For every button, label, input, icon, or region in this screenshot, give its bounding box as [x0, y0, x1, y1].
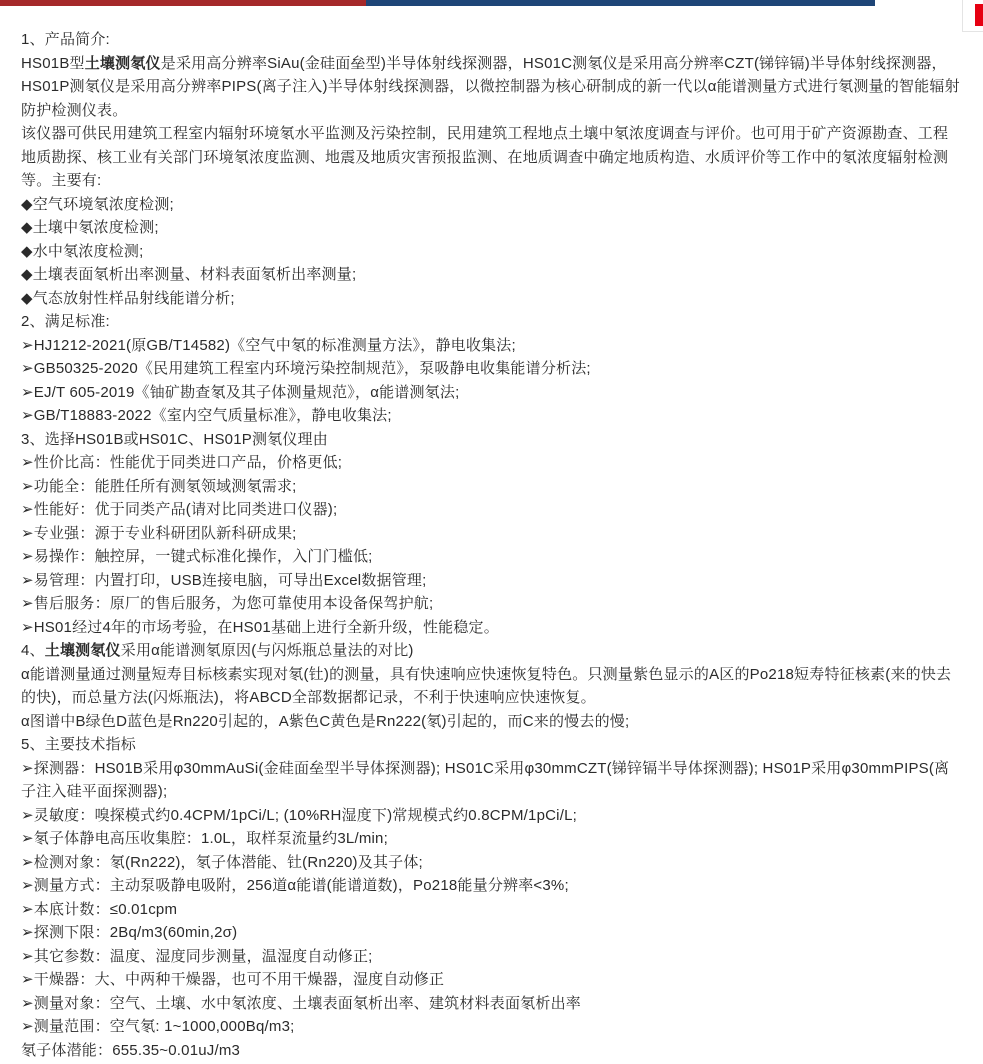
spec-item: ➢测量范围：空气氡: 1~1000,000Bq/m3;: [21, 1015, 962, 1039]
paragraph: α能谱测量通过测量短寿目标核素实现对氡(钍)的测量，具有快速响应快速恢复特色。只…: [21, 663, 962, 710]
text-run: ➢HJ1212-2021(原GB/T14582)《空气中氡的标准测量方法》，静电…: [21, 337, 516, 354]
text-run: ➢EJ/T 605-2019《铀矿勘查氡及其子体测量规范》，α能谱测氡法;: [21, 384, 459, 401]
text-run: ◆气态放射性样品射线能谱分析;: [21, 290, 235, 307]
text-run: 5、主要技术指标: [21, 736, 136, 753]
section-heading: 1、产品简介:: [21, 28, 962, 52]
spec-item: ➢性价比高：性能优于同类进口产品，价格更低;: [21, 451, 962, 475]
spec-item: ➢灵敏度：嗅探模式约0.4CPM/1pCi/L; (10%RH湿度下)常规模式约…: [21, 804, 962, 828]
paragraph: HS01B型土壤测氡仪是采用高分辨率SiAu(金硅面垒型)半导体射线探测器，HS…: [21, 52, 962, 123]
text-run: 采用α能谱测氡原因(与闪烁瓶总量法的对比): [121, 642, 414, 659]
text-run: ➢探测下限：2Bq/m3(60min,2σ): [21, 924, 237, 941]
text-run: 该仪器可供民用建筑工程室内辐射环境氡水平监测及污染控制，民用建筑工程地点土壤中氡…: [21, 125, 948, 189]
text-run: ◆土壤表面氡析出率测量、材料表面氡析出率测量;: [21, 266, 356, 283]
text-run: 土壤测氡仪: [45, 642, 121, 659]
spec-item: ➢GB50325-2020《民用建筑工程室内环境污染控制规范》，泵吸静电收集能谱…: [21, 357, 962, 381]
spec-item: ➢本底计数：≤0.01cpm: [21, 898, 962, 922]
spec-item: ➢测量方式：主动泵吸静电吸附，256道α能谱(能谱道数)，Po218能量分辨率<…: [21, 874, 962, 898]
text-run: ➢探测器：HS01B采用φ30mmAuSi(金硅面垒型半导体探测器); HS01…: [21, 760, 949, 801]
text-run: ➢灵敏度：嗅探模式约0.4CPM/1pCi/L; (10%RH湿度下)常规模式约…: [21, 807, 577, 824]
text-run: ◆空气环境氡浓度检测;: [21, 196, 174, 213]
spec-item: ➢GB/T18883-2022《室内空气质量标准》，静电收集法;: [21, 404, 962, 428]
text-run: ➢测量对象：空气、土壤、水中氡浓度、土壤表面氡析出率、建筑材料表面氡析出率: [21, 995, 581, 1012]
bullet-item: ◆空气环境氡浓度检测;: [21, 193, 962, 217]
text-run: 土壤测氡仪: [85, 55, 161, 72]
text-run: 是采用高分辨率SiAu(金硅面垒型)半导体射线探测器，HS01C测氡仪是采用高分…: [21, 55, 960, 119]
bullet-item: ◆土壤表面氡析出率测量、材料表面氡析出率测量;: [21, 263, 962, 287]
text-run: ➢功能全：能胜任所有测氡领域测氡需求;: [21, 478, 297, 495]
spec-item: ➢干燥器：大、中两种干燥器，也可不用干燥器，湿度自动修正: [21, 968, 962, 992]
spec-item: ➢检测对象：氡(Rn222)，氡子体潜能、钍(Rn220)及其子体;: [21, 851, 962, 875]
spec-item: ➢HS01经过4年的市场考验，在HS01基础上进行全新升级，性能稳定。: [21, 616, 962, 640]
text-run: ➢易操作：触控屏，一键式标准化操作，入门门槛低;: [21, 548, 373, 565]
text-run: 4、: [21, 642, 45, 659]
spec-item: ➢售后服务：原厂的售后服务，为您可靠使用本设备保驾护航;: [21, 592, 962, 616]
spec-item: ➢EJ/T 605-2019《铀矿勘查氡及其子体测量规范》，α能谱测氡法;: [21, 381, 962, 405]
bullet-item: ◆气态放射性样品射线能谱分析;: [21, 287, 962, 311]
text-run: α能谱测量通过测量短寿目标核素实现对氡(钍)的测量，具有快速响应快速恢复特色。只…: [21, 666, 951, 707]
spec-item: ➢易操作：触控屏，一键式标准化操作，入门门槛低;: [21, 545, 962, 569]
text-run: ➢测量范围：空气氡: 1~1000,000Bq/m3;: [21, 1018, 295, 1035]
spec-item: ➢探测器：HS01B采用φ30mmAuSi(金硅面垒型半导体探测器); HS01…: [21, 757, 962, 804]
document-body: 1、产品简介:HS01B型土壤测氡仪是采用高分辨率SiAu(金硅面垒型)半导体射…: [0, 6, 983, 1062]
bullet-item: ◆水中氡浓度检测;: [21, 240, 962, 264]
text-run: ◆水中氡浓度检测;: [21, 243, 144, 260]
spec-item: ➢其它参数：温度、湿度同步测量，温湿度自动修正;: [21, 945, 962, 969]
text-run: ➢干燥器：大、中两种干燥器，也可不用干燥器，湿度自动修正: [21, 971, 444, 988]
spec-item: ➢测量对象：空气、土壤、水中氡浓度、土壤表面氡析出率、建筑材料表面氡析出率: [21, 992, 962, 1016]
text-run: ◆土壤中氡浓度检测;: [21, 219, 159, 236]
text-run: ➢检测对象：氡(Rn222)，氡子体潜能、钍(Rn220)及其子体;: [21, 854, 423, 871]
section-heading: 3、选择HS01B或HS01C、HS01P测氡仪理由: [21, 428, 962, 452]
text-run: ➢GB50325-2020《民用建筑工程室内环境污染控制规范》，泵吸静电收集能谱…: [21, 360, 591, 377]
paragraph: 氡子体潜能：655.35~0.01uJ/m3: [21, 1039, 962, 1063]
paragraph: 该仪器可供民用建筑工程室内辐射环境氡水平监测及污染控制，民用建筑工程地点土壤中氡…: [21, 122, 962, 193]
spec-item: ➢易管理：内置打印，USB连接电脑，可导出Excel数据管理;: [21, 569, 962, 593]
paragraph: α图谱中B绿色D蓝色是Rn220引起的，A紫色C黄色是Rn222(氡)引起的，而…: [21, 710, 962, 734]
section-heading: 5、主要技术指标: [21, 733, 962, 757]
text-run: ➢专业强：源于专业科研团队新科研成果;: [21, 525, 297, 542]
spec-item: ➢功能全：能胜任所有测氡领域测氡需求;: [21, 475, 962, 499]
text-run: 氡子体潜能：655.35~0.01uJ/m3: [21, 1042, 240, 1059]
text-run: ➢氡子体静电高压收集腔：1.0L，取样泵流量约3L/min;: [21, 830, 388, 847]
text-run: ➢易管理：内置打印，USB连接电脑，可导出Excel数据管理;: [21, 572, 426, 589]
text-run: ➢测量方式：主动泵吸静电吸附，256道α能谱(能谱道数)，Po218能量分辨率<…: [21, 877, 569, 894]
spec-item: ➢专业强：源于专业科研团队新科研成果;: [21, 522, 962, 546]
text-run: ➢性价比高：性能优于同类进口产品，价格更低;: [21, 454, 342, 471]
spec-item: ➢性能好：优于同类产品(请对比同类进口仪器);: [21, 498, 962, 522]
text-run: ➢其它参数：温度、湿度同步测量，温湿度自动修正;: [21, 948, 373, 965]
spec-item: ➢探测下限：2Bq/m3(60min,2σ): [21, 921, 962, 945]
section-heading: 2、满足标准:: [21, 310, 962, 334]
text-run: 3、选择HS01B或HS01C、HS01P测氡仪理由: [21, 431, 328, 448]
text-run: 2、满足标准:: [21, 313, 110, 330]
section-heading: 4、土壤测氡仪采用α能谱测氡原因(与闪烁瓶总量法的对比): [21, 639, 962, 663]
text-run: ➢HS01经过4年的市场考验，在HS01基础上进行全新升级，性能稳定。: [21, 619, 499, 636]
text-run: ➢本底计数：≤0.01cpm: [21, 901, 177, 918]
spec-item: ➢氡子体静电高压收集腔：1.0L，取样泵流量约3L/min;: [21, 827, 962, 851]
text-run: ➢售后服务：原厂的售后服务，为您可靠使用本设备保驾护航;: [21, 595, 433, 612]
text-run: ➢GB/T18883-2022《室内空气质量标准》，静电收集法;: [21, 407, 392, 424]
text-run: α图谱中B绿色D蓝色是Rn220引起的，A紫色C黄色是Rn222(氡)引起的，而…: [21, 713, 629, 730]
text-run: ➢性能好：优于同类产品(请对比同类进口仪器);: [21, 501, 337, 518]
spec-item: ➢HJ1212-2021(原GB/T14582)《空气中氡的标准测量方法》，静电…: [21, 334, 962, 358]
text-run: 1、产品简介:: [21, 31, 110, 48]
bullet-item: ◆土壤中氡浓度检测;: [21, 216, 962, 240]
text-run: HS01B型: [21, 55, 85, 72]
